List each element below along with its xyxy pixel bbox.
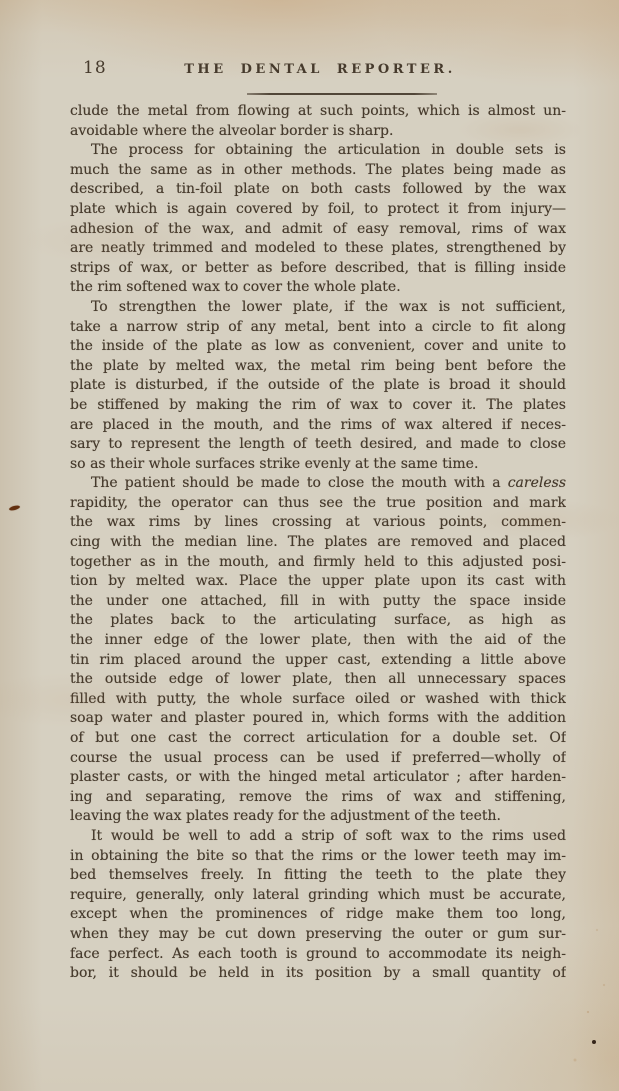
text-line: be stiffened by making the rim of wax to…: [70, 396, 566, 416]
paragraph: To strengthen the lower plate, if the wa…: [70, 298, 566, 474]
text-line: To strengthen the lower plate, if the wa…: [70, 298, 566, 318]
text-line: together as in the mouth, and firmly hel…: [70, 553, 566, 573]
text-block: clude the metal from flowing at such poi…: [70, 102, 566, 984]
text-line: The patient should be made to close the …: [70, 474, 566, 494]
text-line: so as their whole surfaces strike evenly…: [70, 455, 566, 475]
text-line: The process for obtaining the articulati…: [70, 141, 566, 161]
journal-title: THE DENTAL REPORTER.: [70, 62, 570, 77]
text-line: in obtaining the bite so that the rims o…: [70, 847, 566, 867]
text-line: the inner edge of the lower plate, then …: [70, 631, 566, 651]
bottom-ink-dot: [592, 1040, 596, 1044]
text-line: the outside edge of lower plate, then al…: [70, 670, 566, 690]
text-line: face perfect. As each tooth is ground to…: [70, 945, 566, 965]
text-line: of but one cast the correct articulation…: [70, 729, 566, 749]
text-line: bor, it should be held in its position b…: [70, 964, 566, 984]
text-line: ing and separating, remove the rims of w…: [70, 788, 566, 808]
paragraph: The process for obtaining the articulati…: [70, 141, 566, 298]
text-line: require, generally, only lateral grindin…: [70, 886, 566, 906]
text-line: the inside of the plate as low as conven…: [70, 337, 566, 357]
paragraph: It would be well to add a strip of soft …: [70, 827, 566, 984]
text-line: bed themselves freely. In fitting the te…: [70, 866, 566, 886]
text-line: clude the metal from flowing at such poi…: [70, 102, 566, 122]
text-line: sary to represent the length of teeth de…: [70, 435, 566, 455]
text-line: It would be well to add a strip of soft …: [70, 827, 566, 847]
text-line: plaster casts, or with the hinged metal …: [70, 768, 566, 788]
header-rule: [247, 93, 437, 95]
text-line: adhesion of the wax, and admit of easy r…: [70, 220, 566, 240]
scanned-book-page: 18 THE DENTAL REPORTER. clude the metal …: [0, 0, 619, 1091]
text-line: the under one attached, fill in with put…: [70, 592, 566, 612]
text-line: cing with the median line. The plates ar…: [70, 533, 566, 553]
text-line: the plates back to the articulating surf…: [70, 611, 566, 631]
text-line: the wax rims by lines crossing at variou…: [70, 513, 566, 533]
text-line: take a narrow strip of any metal, bent i…: [70, 318, 566, 338]
text-line: filled with putty, the whole surface oil…: [70, 690, 566, 710]
paragraph: The patient should be made to close the …: [70, 474, 566, 827]
text-line: the rim softened wax to cover the whole …: [70, 278, 566, 298]
text-line: leaving the wax plates ready for the adj…: [70, 807, 566, 827]
text-line: soap water and plaster poured in, which …: [70, 709, 566, 729]
text-line: described, a tin-foil plate on both cast…: [70, 180, 566, 200]
text-line: much the same as in other methods. The p…: [70, 161, 566, 181]
text-line: course the usual process can be used if …: [70, 749, 566, 769]
text-line: tin rim placed around the upper cast, ex…: [70, 651, 566, 671]
text-line: plate which is again covered by foil, to…: [70, 200, 566, 220]
text-line: are neatly trimmed and modeled to these …: [70, 239, 566, 259]
text-line: plate is disturbed, if the outside of th…: [70, 376, 566, 396]
text-line: avoidable where the alveolar border is s…: [70, 122, 566, 142]
text-line: when they may be cut down preserving the…: [70, 925, 566, 945]
text-line: rapidity, the operator can thus see the …: [70, 494, 566, 514]
paragraph: clude the metal from flowing at such poi…: [70, 102, 566, 141]
text-line: the plate by melted wax, the metal rim b…: [70, 357, 566, 377]
italic-word: careless: [508, 475, 566, 491]
text-line: tion by melted wax. Place the upper plat…: [70, 572, 566, 592]
text-line: except when the prominences of ridge mak…: [70, 905, 566, 925]
margin-ink-speck: [9, 505, 21, 512]
text-line: strips of wax, or better as before descr…: [70, 259, 566, 279]
text-line: are placed in the mouth, and the rims of…: [70, 416, 566, 436]
